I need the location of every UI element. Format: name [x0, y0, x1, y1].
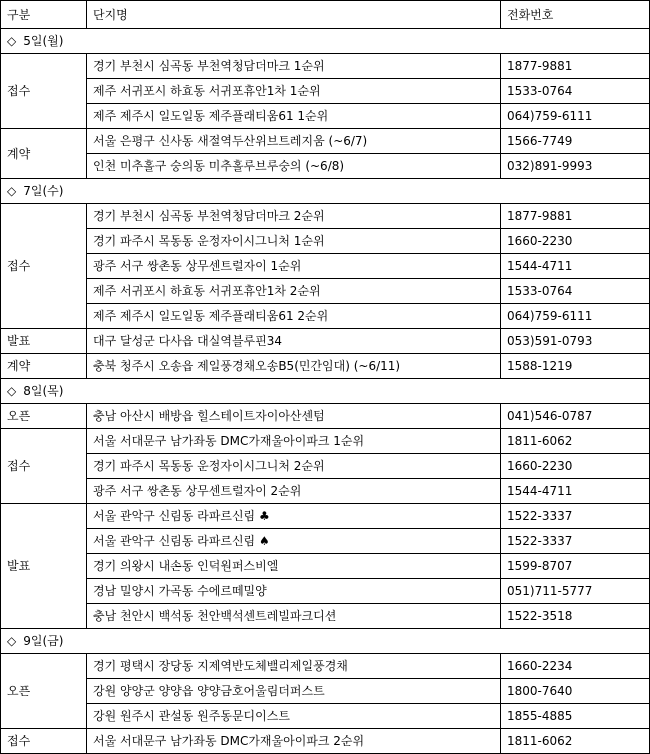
phone-cell: 1566-7749 — [501, 129, 650, 154]
category-cell: 오픈 — [1, 654, 87, 729]
complex-name-cell: 강원 양양군 양양읍 양양금호어울림더퍼스트 — [87, 679, 501, 704]
category-cell: 계약 — [1, 354, 87, 379]
diamond-icon: ◇ — [7, 385, 16, 397]
phone-cell: 051)711-5777 — [501, 579, 650, 604]
phone-cell: 1544-4711 — [501, 479, 650, 504]
header-cell-1: 단지명 — [87, 1, 501, 29]
table-row: 발표대구 달성군 다사읍 대실역블루핀34053)591-0793 — [1, 329, 650, 354]
complex-name-cell: 인천 미추홀구 숭의동 미추홀루브루숭의 (~6/8) — [87, 154, 501, 179]
diamond-icon: ◇ — [7, 635, 16, 647]
complex-name-cell: 서울 서대문구 남가좌동 DMC가재울아이파크 2순위 — [87, 729, 501, 754]
header-row: 구분단지명전화번호 — [1, 1, 650, 29]
complex-name-cell: 제주 제주시 일도일동 제주플래티움61 2순위 — [87, 304, 501, 329]
table-row: 광주 서구 쌍촌동 상무센트럴자이 1순위1544-4711 — [1, 254, 650, 279]
table-row: 발표서울 관악구 신림동 라파르신림 ♣1522-3337 — [1, 504, 650, 529]
complex-name-cell: 충북 청주시 오송읍 제일풍경채오송B5(민간임대) (~6/11) — [87, 354, 501, 379]
section-title-cell: ◇7일(수) — [1, 179, 650, 204]
phone-cell: 1811-6062 — [501, 729, 650, 754]
table-row: 계약충북 청주시 오송읍 제일풍경채오송B5(민간임대) (~6/11)1588… — [1, 354, 650, 379]
phone-cell: 1522-3337 — [501, 529, 650, 554]
table-row: 충남 천안시 백석동 천안백석센트레빌파크디션1522-3518 — [1, 604, 650, 629]
table-row: 접수경기 부천시 심곡동 부천역청담더마크 2순위1877-9881 — [1, 204, 650, 229]
phone-cell: 053)591-0793 — [501, 329, 650, 354]
complex-name-cell: 서울 관악구 신림동 라파르신림 ♠ — [87, 529, 501, 554]
section-title-cell: ◇5일(월) — [1, 29, 650, 54]
diamond-icon: ◇ — [7, 185, 16, 197]
table-row: 제주 서귀포시 하효동 서귀포휴안1차 1순위1533-0764 — [1, 79, 650, 104]
section-row: ◇9일(금) — [1, 629, 650, 654]
phone-cell: 1800-7640 — [501, 679, 650, 704]
phone-cell: 1533-0764 — [501, 279, 650, 304]
complex-name-cell: 제주 서귀포시 하효동 서귀포휴안1차 2순위 — [87, 279, 501, 304]
phone-cell: 1855-4885 — [501, 704, 650, 729]
category-cell: 접수 — [1, 729, 87, 754]
schedule-table-body: 구분단지명전화번호◇5일(월)접수경기 부천시 심곡동 부천역청담더마크 1순위… — [1, 1, 650, 754]
table-row: 제주 제주시 일도일동 제주플래티움61 2순위064)759-6111 — [1, 304, 650, 329]
category-cell: 발표 — [1, 329, 87, 354]
category-cell: 접수 — [1, 429, 87, 504]
table-row: 접수서울 서대문구 남가좌동 DMC가재울아이파크 2순위1811-6062 — [1, 729, 650, 754]
table-row: 경기 파주시 목동동 운정자이시그니처 2순위1660-2230 — [1, 454, 650, 479]
table-row: 오픈경기 평택시 장당동 지제역반도체밸리제일풍경채1660-2234 — [1, 654, 650, 679]
table-row: 인천 미추홀구 숭의동 미추홀루브루숭의 (~6/8)032)891-9993 — [1, 154, 650, 179]
section-row: ◇5일(월) — [1, 29, 650, 54]
phone-cell: 064)759-6111 — [501, 304, 650, 329]
complex-name-cell: 경남 밀양시 가곡동 수에르떼밀양 — [87, 579, 501, 604]
complex-name-cell: 경기 평택시 장당동 지제역반도체밸리제일풍경채 — [87, 654, 501, 679]
phone-cell: 1599-8707 — [501, 554, 650, 579]
table-row: 계약서울 은평구 신사동 새절역두산위브트레지움 (~6/7)1566-7749 — [1, 129, 650, 154]
complex-name-cell: 경기 의왕시 내손동 인덕원퍼스비엘 — [87, 554, 501, 579]
complex-name-cell: 대구 달성군 다사읍 대실역블루핀34 — [87, 329, 501, 354]
phone-cell: 1533-0764 — [501, 79, 650, 104]
section-title-cell: ◇9일(금) — [1, 629, 650, 654]
table-row: 광주 서구 쌍촌동 상무센트럴자이 2순위1544-4711 — [1, 479, 650, 504]
category-cell: 오픈 — [1, 404, 87, 429]
complex-name-cell: 경기 파주시 목동동 운정자이시그니처 1순위 — [87, 229, 501, 254]
phone-cell: 032)891-9993 — [501, 154, 650, 179]
phone-cell: 1544-4711 — [501, 254, 650, 279]
complex-name-cell: 경기 부천시 심곡동 부천역청담더마크 1순위 — [87, 54, 501, 79]
phone-cell: 1522-3337 — [501, 504, 650, 529]
header-cell-0: 구분 — [1, 1, 87, 29]
phone-cell: 041)546-0787 — [501, 404, 650, 429]
phone-cell: 1588-1219 — [501, 354, 650, 379]
section-row: ◇7일(수) — [1, 179, 650, 204]
complex-name-cell: 충남 천안시 백석동 천안백석센트레빌파크디션 — [87, 604, 501, 629]
phone-cell: 1811-6062 — [501, 429, 650, 454]
table-row: 오픈충남 아산시 배방읍 힐스테이트자이아산센텀041)546-0787 — [1, 404, 650, 429]
complex-name-cell: 서울 서대문구 남가좌동 DMC가재울아이파크 1순위 — [87, 429, 501, 454]
header-cell-2: 전화번호 — [501, 1, 650, 29]
table-row: 강원 양양군 양양읍 양양금호어울림더퍼스트1800-7640 — [1, 679, 650, 704]
table-row: 제주 서귀포시 하효동 서귀포휴안1차 2순위1533-0764 — [1, 279, 650, 304]
section-title: 5일(월) — [23, 34, 63, 48]
complex-name-cell: 강원 원주시 관설동 원주동문디이스트 — [87, 704, 501, 729]
phone-cell: 1660-2230 — [501, 454, 650, 479]
diamond-icon: ◇ — [7, 35, 16, 47]
category-cell: 발표 — [1, 504, 87, 629]
schedule-table: 구분단지명전화번호◇5일(월)접수경기 부천시 심곡동 부천역청담더마크 1순위… — [0, 0, 650, 754]
table-row: 접수경기 부천시 심곡동 부천역청담더마크 1순위1877-9881 — [1, 54, 650, 79]
section-title: 9일(금) — [23, 634, 63, 648]
complex-name-cell: 광주 서구 쌍촌동 상무센트럴자이 2순위 — [87, 479, 501, 504]
table-row: 강원 원주시 관설동 원주동문디이스트1855-4885 — [1, 704, 650, 729]
table-row: 서울 관악구 신림동 라파르신림 ♠1522-3337 — [1, 529, 650, 554]
phone-cell: 1877-9881 — [501, 204, 650, 229]
table-row: 경기 파주시 목동동 운정자이시그니처 1순위1660-2230 — [1, 229, 650, 254]
section-title-cell: ◇8일(목) — [1, 379, 650, 404]
phone-cell: 1660-2230 — [501, 229, 650, 254]
category-cell: 접수 — [1, 54, 87, 129]
section-title: 8일(목) — [23, 384, 63, 398]
complex-name-cell: 제주 제주시 일도일동 제주플래티움61 1순위 — [87, 104, 501, 129]
phone-cell: 1877-9881 — [501, 54, 650, 79]
table-row: 접수서울 서대문구 남가좌동 DMC가재울아이파크 1순위1811-6062 — [1, 429, 650, 454]
complex-name-cell: 경기 부천시 심곡동 부천역청담더마크 2순위 — [87, 204, 501, 229]
table-row: 제주 제주시 일도일동 제주플래티움61 1순위064)759-6111 — [1, 104, 650, 129]
complex-name-cell: 충남 아산시 배방읍 힐스테이트자이아산센텀 — [87, 404, 501, 429]
complex-name-cell: 광주 서구 쌍촌동 상무센트럴자이 1순위 — [87, 254, 501, 279]
table-row: 경남 밀양시 가곡동 수에르떼밀양051)711-5777 — [1, 579, 650, 604]
complex-name-cell: 서울 관악구 신림동 라파르신림 ♣ — [87, 504, 501, 529]
phone-cell: 1522-3518 — [501, 604, 650, 629]
complex-name-cell: 제주 서귀포시 하효동 서귀포휴안1차 1순위 — [87, 79, 501, 104]
section-row: ◇8일(목) — [1, 379, 650, 404]
section-title: 7일(수) — [23, 184, 63, 198]
complex-name-cell: 경기 파주시 목동동 운정자이시그니처 2순위 — [87, 454, 501, 479]
phone-cell: 1660-2234 — [501, 654, 650, 679]
complex-name-cell: 서울 은평구 신사동 새절역두산위브트레지움 (~6/7) — [87, 129, 501, 154]
category-cell: 접수 — [1, 204, 87, 329]
table-row: 경기 의왕시 내손동 인덕원퍼스비엘1599-8707 — [1, 554, 650, 579]
category-cell: 계약 — [1, 129, 87, 179]
phone-cell: 064)759-6111 — [501, 104, 650, 129]
